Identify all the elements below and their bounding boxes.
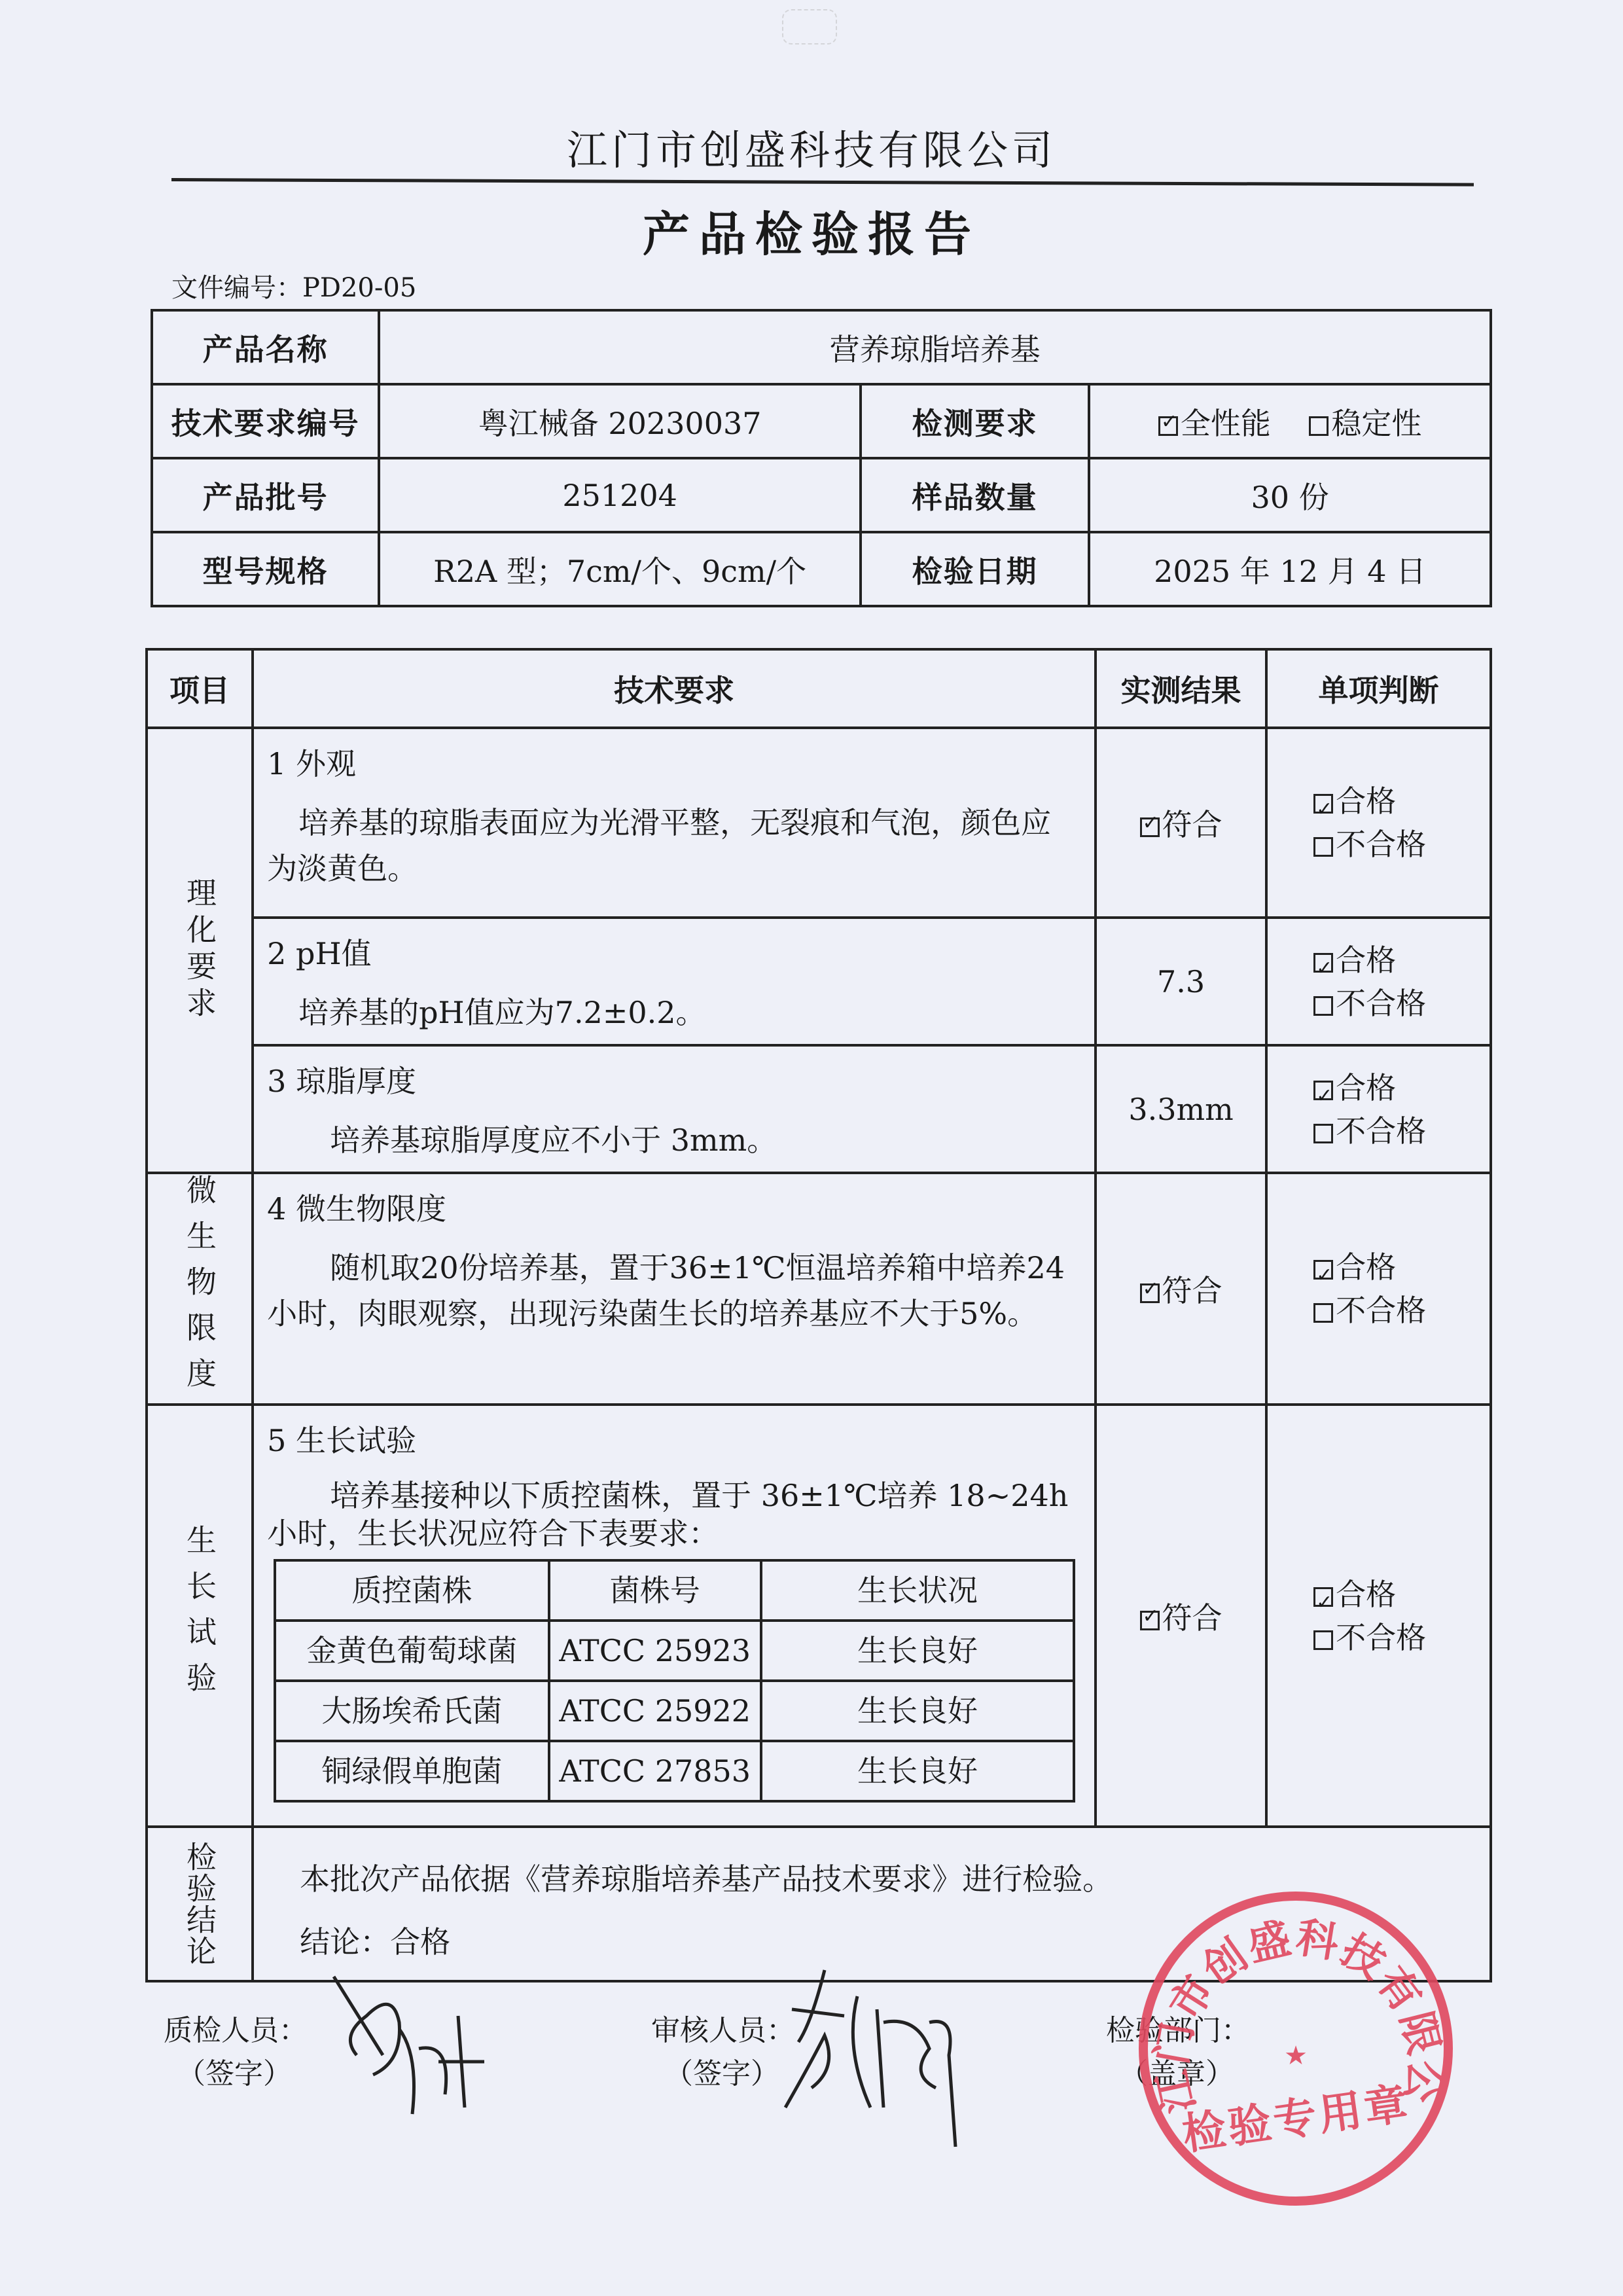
file-number-label: 文件编号： xyxy=(171,273,302,303)
full-performance-label: 全性能 xyxy=(1181,406,1271,441)
company-name: 江门市创盛科技有限公司 xyxy=(0,118,1623,176)
category-conclusion: 检验结论 xyxy=(147,1827,253,1981)
table-row: 微生物限度 4 微生物限度 随机取20份培养基，置于36±1℃恒温培养箱中培养2… xyxy=(147,1173,1491,1405)
batch-label: 产品批号 xyxy=(152,458,379,532)
fail-label: 不合格 xyxy=(1336,827,1426,862)
strain-growth: 生长良好 xyxy=(761,1681,1074,1741)
product-info-table: 产品名称 营养琼脂培养基 技术要求编号 粤江械备 20230037 检测要求 全… xyxy=(151,309,1492,607)
table-row: 生长试验 5 生长试验 培养基接种以下质控菌株，置于 36±1℃培养 18~24… xyxy=(147,1405,1491,1827)
judgement-cell: 合格 不合格 xyxy=(1266,918,1491,1045)
item-title: 5 生长试验 xyxy=(267,1418,1081,1463)
result-value: 符合 xyxy=(1162,807,1222,842)
result-checkbox[interactable] xyxy=(1140,817,1160,837)
official-stamp: 江门市创盛科技有限公司 ★ 检验专用章 xyxy=(1139,1892,1453,2206)
checkbox-pass[interactable] xyxy=(1313,794,1333,814)
pass-label: 合格 xyxy=(1336,783,1396,819)
strain-row: 金黄色葡萄球菌 ATCC 25923 生长良好 xyxy=(275,1621,1074,1681)
checkbox-pass[interactable] xyxy=(1313,953,1333,973)
header-rule xyxy=(171,178,1474,187)
inspector-signature-block: 质检人员： （签字） xyxy=(164,2009,308,2096)
strain-id: ATCC 25923 xyxy=(549,1621,761,1681)
info-row-batch: 产品批号 251204 样品数量 30 份 xyxy=(152,458,1491,532)
strain-header: 质控菌株 xyxy=(275,1560,548,1621)
item-text: 培养基接种以下质控菌株，置于 36±1℃培养 18~24h 小时，生长状况应符合… xyxy=(267,1477,1081,1552)
strain-id: ATCC 25922 xyxy=(549,1681,761,1741)
strain-row: 铜绿假单胞菌 ATCC 27853 生长良好 xyxy=(275,1741,1074,1801)
tech-req-no-label: 技术要求编号 xyxy=(152,384,379,458)
judgement-cell: 合格 不合格 xyxy=(1266,1405,1491,1827)
item-text: 培养基的琼脂表面应为光滑平整，无裂痕和气泡，颜色应为淡黄色。 xyxy=(267,800,1081,891)
result-cell: 3.3mm xyxy=(1096,1045,1266,1173)
result-cell: 7.3 xyxy=(1096,918,1266,1045)
fail-label: 不合格 xyxy=(1336,986,1426,1021)
strain-growth: 生长良好 xyxy=(761,1621,1074,1681)
reviewer-signature xyxy=(772,1957,995,2153)
requirement-cell: 2 pH值 培养基的pH值应为7.2±0.2。 xyxy=(253,918,1096,1045)
result-checkbox[interactable] xyxy=(1140,1611,1160,1630)
result-cell: 符合 xyxy=(1096,1405,1266,1827)
strain-growth: 生长良好 xyxy=(761,1741,1074,1801)
header-item: 项目 xyxy=(147,649,253,728)
strain-header: 生长状况 xyxy=(761,1560,1074,1621)
strain-table: 质控菌株 菌株号 生长状况 金黄色葡萄球菌 ATCC 25923 生长良好 大肠… xyxy=(274,1559,1075,1803)
file-number: 文件编号：PD20-05 xyxy=(171,267,416,304)
fail-label: 不合格 xyxy=(1336,1293,1426,1328)
model-value: R2A 型；7cm/个、9cm/个 xyxy=(379,532,861,606)
header-tech-req: 技术要求 xyxy=(253,649,1096,728)
checkbox-fail[interactable] xyxy=(1313,996,1333,1016)
category-physchem: 理化要求 xyxy=(147,728,253,1173)
result-value: 7.3 xyxy=(1157,964,1205,999)
judgement-cell: 合格 不合格 xyxy=(1266,1045,1491,1173)
strain-name: 金黄色葡萄球菌 xyxy=(275,1621,548,1681)
fail-label: 不合格 xyxy=(1336,1620,1426,1655)
strain-header-row: 质控菌株 菌株号 生长状况 xyxy=(275,1560,1074,1621)
inspector-signature xyxy=(321,1964,504,2134)
item-text: 随机取20份培养基，置于36±1℃恒温培养箱中培养24小时，肉眼观察，出现污染菌… xyxy=(267,1245,1081,1336)
test-req-options: 全性能 稳定性 xyxy=(1089,384,1491,458)
product-name-value: 营养琼脂培养基 xyxy=(379,310,1491,384)
inspector-label: 质检人员： xyxy=(164,2009,308,2053)
inspector-note: （签字） xyxy=(164,2053,308,2096)
batch-value: 251204 xyxy=(379,458,861,532)
svg-text:★: ★ xyxy=(1284,2041,1308,2071)
requirement-cell: 4 微生物限度 随机取20份培养基，置于36±1℃恒温培养箱中培养24小时，肉眼… xyxy=(253,1173,1096,1405)
strain-row: 大肠埃希氏菌 ATCC 25922 生长良好 xyxy=(275,1681,1074,1741)
product-name-label: 产品名称 xyxy=(152,310,379,384)
item-title: 3 琼脂厚度 xyxy=(267,1058,1081,1104)
stability-label: 稳定性 xyxy=(1331,406,1421,441)
result-cell: 符合 xyxy=(1096,728,1266,918)
result-value: 3.3mm xyxy=(1128,1092,1233,1127)
strain-header: 菌株号 xyxy=(549,1560,761,1621)
checkbox-fail[interactable] xyxy=(1313,1630,1333,1650)
judgement-cell: 合格 不合格 xyxy=(1266,728,1491,918)
date-label: 检验日期 xyxy=(861,532,1089,606)
info-row-product-name: 产品名称 营养琼脂培养基 xyxy=(152,310,1491,384)
item-title: 2 pH值 xyxy=(267,931,1081,977)
info-row-model: 型号规格 R2A 型；7cm/个、9cm/个 检验日期 2025 年 12 月 … xyxy=(152,532,1491,606)
checkbox-pass[interactable] xyxy=(1313,1587,1333,1607)
result-cell: 符合 xyxy=(1096,1173,1266,1405)
table-row: 2 pH值 培养基的pH值应为7.2±0.2。 7.3 合格 不合格 xyxy=(147,918,1491,1045)
checkbox-fail[interactable] xyxy=(1313,1303,1333,1323)
strain-name: 大肠埃希氏菌 xyxy=(275,1681,548,1741)
table-row: 理化要求 1 外观 培养基的琼脂表面应为光滑平整，无裂痕和气泡，颜色应为淡黄色。… xyxy=(147,728,1491,918)
item-text: 培养基的pH值应为7.2±0.2。 xyxy=(267,990,1081,1035)
header-result: 实测结果 xyxy=(1096,649,1266,728)
date-value: 2025 年 12 月 4 日 xyxy=(1089,532,1491,606)
header-judgement: 单项判断 xyxy=(1266,649,1491,728)
scan-artifact xyxy=(782,9,837,45)
info-row-tech-req: 技术要求编号 粤江械备 20230037 检测要求 全性能 稳定性 xyxy=(152,384,1491,458)
checkbox-full-performance[interactable] xyxy=(1158,416,1178,436)
item-text: 培养基琼脂厚度应不小于 3mm。 xyxy=(267,1117,1081,1163)
result-value: 符合 xyxy=(1162,1600,1222,1636)
file-number-value: PD20-05 xyxy=(302,273,416,303)
sample-qty-value: 30 份 xyxy=(1089,458,1491,532)
item-title: 1 外观 xyxy=(267,741,1081,787)
checkbox-pass[interactable] xyxy=(1313,1081,1333,1100)
checkbox-fail[interactable] xyxy=(1313,837,1333,857)
category-growth: 生长试验 xyxy=(147,1405,253,1827)
pass-label: 合格 xyxy=(1336,1070,1396,1105)
strain-name: 铜绿假单胞菌 xyxy=(275,1741,548,1801)
judgement-cell: 合格 不合格 xyxy=(1266,1173,1491,1405)
checkbox-fail[interactable] xyxy=(1313,1124,1333,1143)
pass-label: 合格 xyxy=(1336,1577,1396,1612)
requirement-cell: 3 琼脂厚度 培养基琼脂厚度应不小于 3mm。 xyxy=(253,1045,1096,1173)
page-title: 产品检验报告 xyxy=(0,196,1623,264)
results-header-row: 项目 技术要求 实测结果 单项判断 xyxy=(147,649,1491,728)
requirement-cell: 5 生长试验 培养基接种以下质控菌株，置于 36±1℃培养 18~24h 小时，… xyxy=(253,1405,1096,1827)
strain-id: ATCC 27853 xyxy=(549,1741,761,1801)
sample-qty-label: 样品数量 xyxy=(861,458,1089,532)
category-microbial: 微生物限度 xyxy=(147,1173,253,1405)
pass-label: 合格 xyxy=(1336,1249,1396,1285)
table-row: 3 琼脂厚度 培养基琼脂厚度应不小于 3mm。 3.3mm 合格 不合格 xyxy=(147,1045,1491,1173)
checkbox-stability[interactable] xyxy=(1309,416,1329,436)
results-table: 项目 技术要求 实测结果 单项判断 理化要求 1 外观 培养基的琼脂表面应为光滑… xyxy=(145,648,1492,1982)
result-value: 符合 xyxy=(1162,1273,1222,1308)
test-req-label: 检测要求 xyxy=(861,384,1089,458)
checkbox-pass[interactable] xyxy=(1313,1260,1333,1280)
model-label: 型号规格 xyxy=(152,532,379,606)
pass-label: 合格 xyxy=(1336,942,1396,978)
fail-label: 不合格 xyxy=(1336,1113,1426,1149)
tech-req-no-value: 粤江械备 20230037 xyxy=(379,384,861,458)
requirement-cell: 1 外观 培养基的琼脂表面应为光滑平整，无裂痕和气泡，颜色应为淡黄色。 xyxy=(253,728,1096,918)
item-title: 4 微生物限度 xyxy=(267,1186,1081,1232)
result-checkbox[interactable] xyxy=(1140,1283,1160,1303)
